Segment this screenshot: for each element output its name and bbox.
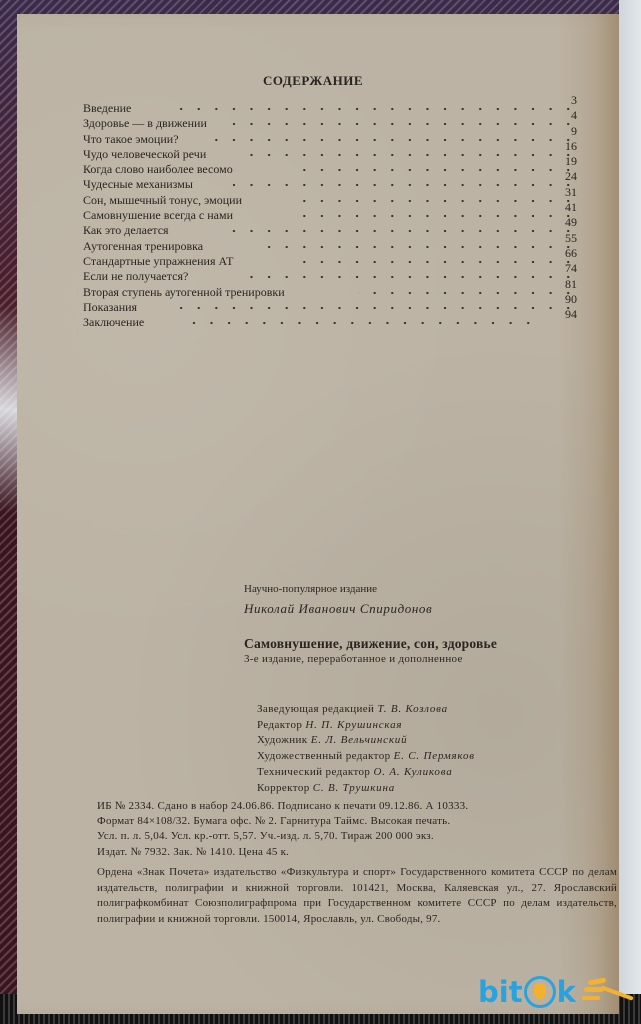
biblio-line: Издат. № 7932. Зак. № 1410. Цена 45 к.: [97, 845, 617, 860]
leader-dots: [203, 135, 577, 145]
leader-dots: [223, 226, 577, 236]
toc-entry: Стандартные упражнения АТ66: [83, 254, 577, 269]
watermark-text-start: bit: [478, 975, 523, 1009]
toc-entry-page: 9: [549, 124, 577, 139]
toc-entry-label: Аутогенная тренировка: [83, 239, 203, 253]
toc-entry-label: Заключение: [83, 315, 144, 329]
leader-dots: [178, 318, 537, 328]
toc-entry-label: Показания: [83, 300, 137, 314]
credit-name: С. В. Трушкина: [313, 782, 395, 794]
toc-entry-page: 94: [549, 307, 577, 322]
toc-entry-label: Введение: [83, 101, 131, 115]
edition-note: 3-е издание, переработанное и дополненно…: [244, 653, 614, 665]
toc-entry: Как это делается49: [83, 223, 577, 238]
toc-entry-label: Как это делается: [83, 223, 169, 237]
publisher-info: Ордена «Знак Почета» издательство «Физку…: [97, 865, 617, 927]
gavel-icon: [580, 977, 635, 1007]
leader-dots: [165, 104, 577, 114]
toc-entry-label: Чудесные механизмы: [83, 177, 193, 191]
credit-line: Технический редактор О. А. Куликова: [257, 765, 475, 781]
book-title: Самовнушение, движение, сон, здоровье: [244, 636, 614, 652]
watermark-text-end: k: [557, 975, 576, 1009]
toc-entry-label: Когда слово наиболее весомо: [83, 162, 233, 176]
toc-entry: Заключение94: [83, 315, 577, 330]
leader-dots: [233, 119, 577, 129]
toc-entry-page: 41: [549, 200, 577, 215]
credit-role: Технический редактор: [257, 766, 370, 778]
credits-list: Заведующая редакцией Т. В. Козлова Редак…: [257, 702, 475, 796]
credit-role: Корректор: [257, 782, 310, 794]
toc-entry-page: 31: [549, 185, 577, 200]
table-of-contents: Введение3 Здоровье — в движении4 Что так…: [83, 101, 577, 330]
toc-entry: Что такое эмоции?9: [83, 132, 577, 147]
leader-dots: [243, 272, 577, 282]
toc-entry-label: Стандартные упражнения АТ: [83, 254, 233, 268]
toc-entry-page: 55: [549, 231, 577, 246]
biblio-line: Усл. п. л. 5,04. Усл. кр.-отт. 5,57. Уч.…: [97, 829, 617, 844]
credit-role: Художественный редактор: [257, 750, 391, 762]
biblio-line: Формат 84×108/32. Бумага офс. № 2. Гарни…: [97, 814, 617, 829]
watermark-logo: bit k: [478, 972, 635, 1012]
toc-entry-label: Сон, мышечный тонус, эмоции: [83, 193, 242, 207]
toc-entry: Вторая ступень аутогенной тренировки81: [83, 285, 577, 300]
toc-entry: Чудо человеческой речи16: [83, 147, 577, 162]
toc-entry-page: 3: [549, 93, 577, 108]
credit-line: Художественный редактор Е. С. Пермяков: [257, 749, 475, 765]
toc-entry: Если не получается?74: [83, 269, 577, 284]
book-page: СОДЕРЖАНИЕ Введение3 Здоровье — в движен…: [17, 14, 619, 1014]
toc-entry-label: Если не получается?: [83, 269, 188, 283]
toc-entry-page: 90: [549, 292, 577, 307]
toc-entry-label: Вторая ступень аутогенной тренировки: [83, 285, 285, 299]
credit-name: О. А. Куликова: [373, 766, 452, 778]
ok-hand-icon: [524, 976, 556, 1008]
toc-entry: Когда слово наиболее весомо19: [83, 162, 577, 177]
credit-line: Редактор Н. П. Крушинская: [257, 718, 475, 734]
imprint-block: Научно-популярное издание Николай Иванов…: [244, 583, 614, 665]
toc-entry: Введение3: [83, 101, 577, 116]
credit-line: Корректор С. В. Трушкина: [257, 781, 475, 797]
toc-title: СОДЕРЖАНИЕ: [12, 73, 614, 89]
toc-entry-label: Чудо человеческой речи: [83, 147, 206, 161]
leader-dots: [293, 211, 577, 221]
leader-dots: [233, 180, 577, 190]
toc-entry-page: 66: [549, 246, 577, 261]
leader-dots: [288, 196, 577, 206]
toc-entry: Чудесные механизмы24: [83, 177, 577, 192]
credit-line: Заведующая редакцией Т. В. Козлова: [257, 702, 475, 718]
publication-type: Научно-популярное издание: [244, 583, 614, 595]
toc-entry-page: 19: [549, 154, 577, 169]
toc-entry: Самовнушение всегда с нами41: [83, 208, 577, 223]
toc-entry-label: Здоровье — в движении: [83, 116, 207, 130]
credit-role: Редактор: [257, 719, 302, 731]
credit-role: Художник: [257, 734, 308, 746]
toc-entry-page: 81: [549, 277, 577, 292]
leader-dots: [358, 288, 577, 298]
credit-name: Т. В. Козлова: [378, 703, 448, 715]
toc-entry: Сон, мышечный тонус, эмоции31: [83, 193, 577, 208]
toc-entry-label: Самовнушение всегда с нами: [83, 208, 233, 222]
leader-dots: [288, 165, 577, 175]
credit-name: Е. Л. Вельчинский: [311, 734, 408, 746]
leader-dots: [168, 303, 577, 313]
toc-entry-label: Что такое эмоции?: [83, 132, 179, 146]
toc-entry-page: 16: [549, 139, 577, 154]
toc-entry: Аутогенная тренировка55: [83, 239, 577, 254]
credit-name: Е. С. Пермяков: [394, 750, 475, 762]
toc-entry: Здоровье — в движении4: [83, 116, 577, 131]
credit-name: Н. П. Крушинская: [305, 719, 402, 731]
credit-line: Художник Е. Л. Вельчинский: [257, 733, 475, 749]
toc-entry: Показания90: [83, 300, 577, 315]
bibliographic-data: ИБ № 2334. Сдано в набор 24.06.86. Подпи…: [97, 799, 617, 860]
biblio-line: ИБ № 2334. Сдано в набор 24.06.86. Подпи…: [97, 799, 617, 814]
credit-role: Заведующая редакцией: [257, 703, 374, 715]
background-right-surface: [619, 0, 641, 1024]
leader-dots: [298, 257, 577, 267]
toc-entry-page: 4: [549, 108, 577, 123]
leader-dots: [268, 242, 577, 252]
toc-entry-page: 24: [549, 169, 577, 184]
leader-dots: [243, 150, 577, 160]
toc-entry-page: 74: [549, 261, 577, 276]
author-name: Николай Иванович Спиридонов: [244, 601, 614, 617]
toc-entry-page: 49: [549, 215, 577, 230]
